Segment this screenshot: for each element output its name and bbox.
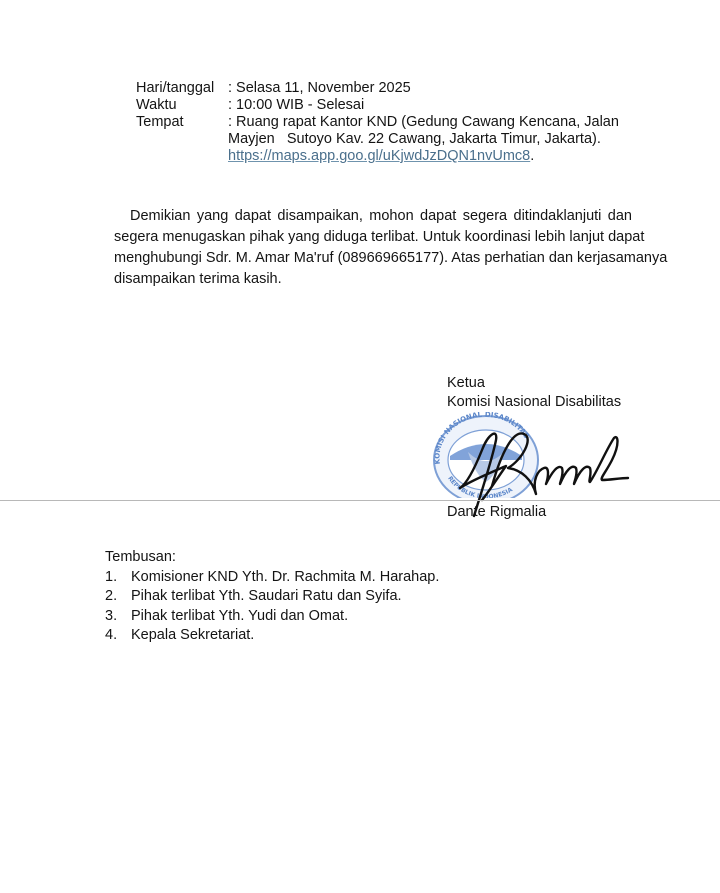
closing-paragraph: Demikian yang dapat disampaikan, mohon d… xyxy=(114,206,632,290)
list-text: Kepala Sekretariat. xyxy=(131,626,254,646)
list-number: 1. xyxy=(105,568,117,588)
paragraph-line: segera menugaskan pihak yang diduga terl… xyxy=(114,227,632,248)
map-link-suffix: . xyxy=(530,148,534,164)
list-item: 2. Pihak terlibat Yth. Saudari Ratu dan … xyxy=(105,587,176,607)
map-link[interactable]: https://maps.app.goo.gl/uKjwdJzDQN1nvUmc… xyxy=(228,148,530,164)
place-value: : Ruang rapat Kantor KND (Gedung Cawang … xyxy=(228,113,619,131)
time-value: : 10:00 WIB - Selesai xyxy=(228,96,364,114)
place-value-continued: Mayjen Sutoyo Kav. 22 Cawang, Jakarta Ti… xyxy=(228,130,601,148)
list-number: 2. xyxy=(105,587,117,607)
time-label: Waktu xyxy=(136,96,177,114)
date-label: Hari/tanggal xyxy=(136,79,214,97)
signer-name: Dante Rigmalia xyxy=(447,503,546,522)
paragraph-line: disampaikan terima kasih. xyxy=(114,269,632,290)
list-item: 1. Komisioner KND Yth. Dr. Rachmita M. H… xyxy=(105,568,176,588)
list-text: Pihak terlibat Yth. Yudi dan Omat. xyxy=(131,607,348,627)
signer-organization: Komisi Nasional Disabilitas xyxy=(447,393,621,412)
list-number: 4. xyxy=(105,626,117,646)
list-item: 3. Pihak terlibat Yth. Yudi dan Omat. xyxy=(105,607,176,627)
list-number: 3. xyxy=(105,607,117,627)
carbon-copy-heading: Tembusan: xyxy=(105,548,176,568)
place-label: Tempat xyxy=(136,113,184,131)
paragraph-line: menghubungi Sdr. M. Amar Ma'ruf (0896696… xyxy=(114,248,632,269)
list-text: Komisioner KND Yth. Dr. Rachmita M. Hara… xyxy=(131,568,439,588)
page-break-divider xyxy=(0,500,720,501)
list-item: 4. Kepala Sekretariat. xyxy=(105,626,176,646)
map-link-line: https://maps.app.goo.gl/uKjwdJzDQN1nvUmc… xyxy=(228,147,534,165)
paragraph-line: Demikian yang dapat disampaikan, mohon d… xyxy=(114,206,632,227)
date-value: : Selasa 11, November 2025 xyxy=(228,79,411,97)
signer-position: Ketua xyxy=(447,374,485,393)
list-text: Pihak terlibat Yth. Saudari Ratu dan Syi… xyxy=(131,587,402,607)
carbon-copy-section: Tembusan: 1. Komisioner KND Yth. Dr. Rac… xyxy=(105,548,176,646)
